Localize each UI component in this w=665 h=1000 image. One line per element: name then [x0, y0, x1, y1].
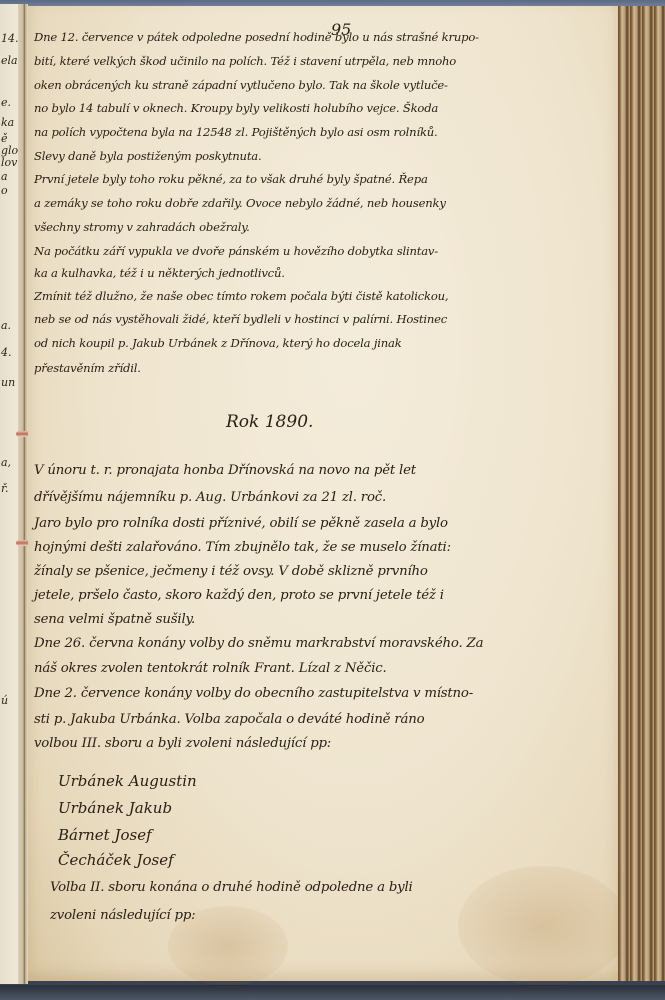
text-line: Na počátku září vypukla ve dvoře pánském… [34, 244, 438, 258]
paper-stain [458, 866, 628, 986]
text-line: Dne 2. července konány volby do obecního… [34, 686, 473, 701]
left-fragment: 4. [1, 346, 12, 359]
text-line: volbou III. sboru a byli zvoleni následu… [34, 736, 331, 751]
elected-name: Čecháček Josef [58, 851, 174, 869]
background-bottom [0, 985, 665, 1000]
left-fragment: ka [1, 116, 14, 129]
elected-name: Bárnet Josef [58, 826, 152, 844]
left-fragment: e. [1, 96, 11, 109]
left-fragment: ela [1, 54, 18, 67]
text-line: Zmínit též dlužno, že naše obec tímto ro… [34, 289, 448, 303]
text-line: zvoleni následující pp: [50, 908, 195, 923]
text-line: oken obrácených ku straně západní vytluč… [34, 78, 448, 92]
left-fragment: 14. [1, 32, 18, 45]
text-line: všechny stromy v zahradách obežraly. [34, 220, 250, 234]
text-line: Slevy daně byla postiženým poskytnuta. [34, 149, 261, 163]
text-line: hojnými dešti zalařováno. Tím zbujnělo t… [34, 540, 451, 555]
text-line: Dne 12. července v pátek odpoledne posed… [34, 30, 479, 44]
elected-name: Urbánek Jakub [58, 799, 172, 817]
text-line: Dne 26. června konány volby do sněmu mar… [34, 636, 483, 651]
text-line: a zemáky se toho roku dobře zdařily. Ovo… [34, 196, 446, 210]
text-line: sti p. Jakuba Urbánka. Volba započala o … [34, 712, 424, 727]
text-line: V únoru t. r. pronajata honba Dřínovská … [34, 463, 416, 478]
text-line: ka a kulhavka, též i u některých jednotl… [34, 266, 285, 280]
text-line: náš okres zvolen tentokrát rolník Frant.… [34, 661, 387, 676]
left-fragment: lovi [1, 156, 18, 169]
book-page-edges [618, 6, 665, 981]
elected-name: Urbánek Augustin [58, 772, 197, 790]
text-line: žínaly se pšenice, ječmeny i též ovsy. V… [34, 564, 428, 579]
text-line: od nich koupil p. Jakub Urbánek z Dřínov… [34, 336, 402, 350]
left-fragment: un [1, 376, 15, 389]
left-fragment: a [1, 170, 8, 183]
left-fragment: a, [1, 456, 11, 469]
text-line: Volba II. sboru konána o druhé hodině od… [50, 880, 413, 895]
text-line: bití, které velkých škod učinilo na polí… [34, 54, 456, 68]
year-heading: Rok 1890. [226, 412, 313, 432]
text-line: Jaro bylo pro rolníka dosti příznivé, ob… [34, 516, 448, 531]
text-line: sena velmi špatně sušily. [34, 612, 195, 627]
manuscript-page: 95 Dne 12. července v pátek odpoledne po… [28, 6, 618, 981]
text-line: neb se od nás vystěhovali židé, kteří by… [34, 312, 447, 326]
book-gutter [18, 4, 28, 984]
left-fragment: ú [1, 694, 8, 707]
left-fragment: a. [1, 319, 11, 332]
text-line: dřívějšímu nájemníku p. Aug. Urbánkovi z… [34, 490, 386, 505]
left-fragment: o [1, 184, 8, 197]
text-line: na polích vypočtena byla na 12548 zl. Po… [34, 125, 438, 139]
text-line: První jetele byly toho roku pěkné, za to… [34, 172, 428, 186]
text-line: no bylo 14 tabulí v oknech. Kroupy byly … [34, 101, 438, 115]
left-fragment: ř. [1, 482, 9, 495]
left-page-edge: 14. ela e. ka ě glo lovi a o a. 4. un a,… [0, 4, 18, 984]
text-line: jetele, pršelo často, skoro každý den, p… [34, 588, 444, 603]
text-line: přestavěním zřídil. [34, 361, 141, 375]
